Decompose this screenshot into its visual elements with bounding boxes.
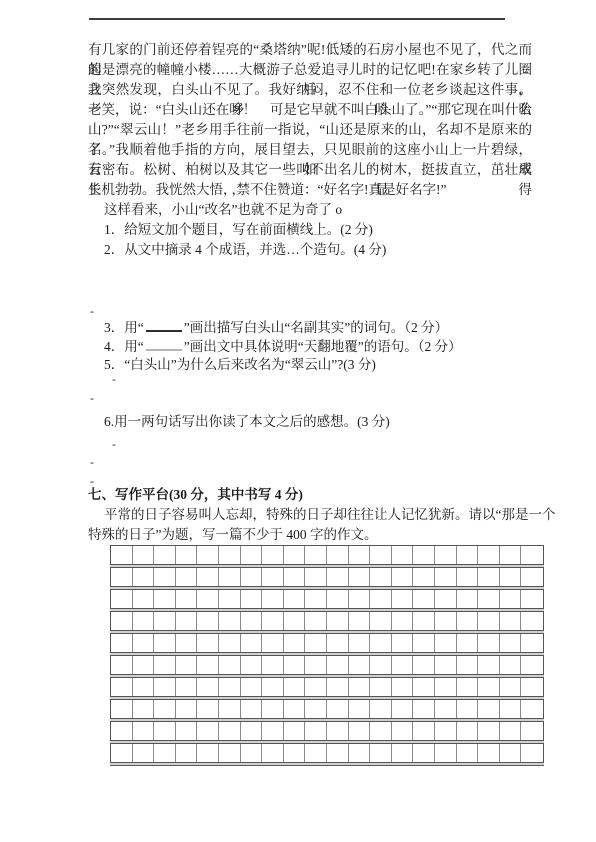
grid-cell — [284, 590, 306, 608]
grid-cell — [284, 634, 306, 652]
grid-cell — [176, 634, 198, 652]
grid-cell — [284, 744, 306, 762]
grid-cell — [327, 700, 349, 718]
question-2: 2．从文中摘录 4 个成语，并选…个造句。(4 分) — [104, 240, 386, 260]
grid-cell — [457, 590, 479, 608]
grid-cell — [500, 722, 522, 740]
grid-cell — [392, 612, 414, 630]
grid-cell — [349, 700, 371, 718]
grid-cell — [500, 700, 522, 718]
grid-cell — [197, 590, 219, 608]
grid-cell — [413, 634, 435, 652]
grid-cell — [478, 546, 500, 564]
grid-cell — [327, 568, 349, 586]
grid-cell — [154, 678, 176, 696]
grid-cell — [176, 744, 198, 762]
grid-cell — [284, 546, 306, 564]
grid-cell — [413, 722, 435, 740]
grid-cell — [154, 546, 176, 564]
grid-cell — [219, 634, 241, 652]
grid-cell — [305, 634, 327, 652]
grid-cell — [219, 722, 241, 740]
grid-cell — [327, 722, 349, 740]
answer-dash: - — [90, 454, 94, 470]
grid-cell — [457, 700, 479, 718]
grid-cell — [478, 634, 500, 652]
grid-cell — [284, 656, 306, 674]
grid-cell — [133, 678, 155, 696]
grid-cell — [327, 546, 349, 564]
grid-cell — [154, 656, 176, 674]
grid-cell — [327, 590, 349, 608]
grid-cell — [305, 678, 327, 696]
exam-paper-page: 有几家的门前还停着锃亮的“桑塔纳”呢!低矮的石房小屋也不见了，代之而起 的是漂亮… — [0, 0, 596, 842]
grid-cell — [176, 678, 198, 696]
question-4-prefix: 4．用“ — [104, 339, 144, 354]
grid-cell — [349, 678, 371, 696]
grid-cell — [197, 700, 219, 718]
grid-cell — [241, 612, 263, 630]
grid-cell — [349, 568, 371, 586]
grid-cell — [500, 568, 522, 586]
grid-cell — [457, 722, 479, 740]
grid-cell — [219, 568, 241, 586]
grid-row — [110, 699, 544, 719]
grid-cell — [305, 744, 327, 762]
grid-cell — [154, 722, 176, 740]
grid-cell — [349, 722, 371, 740]
grid-cell — [133, 634, 155, 652]
grid-cell — [262, 700, 284, 718]
grid-cell — [435, 612, 457, 630]
answer-dash: - — [112, 371, 116, 387]
writing-prompt-line: 平常的日子容易叫人忘却，特殊的日子却往往让人记忆犹新。请以“那是一个 — [104, 505, 556, 525]
grid-cell — [413, 612, 435, 630]
grid-cell — [284, 568, 306, 586]
question-6: 6.用一两句话写出你读了本文之后的感想。(3 分) — [104, 412, 390, 432]
grid-cell — [478, 612, 500, 630]
grid-cell — [111, 678, 133, 696]
grid-cell — [133, 722, 155, 740]
grid-cell — [349, 656, 371, 674]
grid-cell — [262, 678, 284, 696]
title-blank-line — [89, 18, 505, 20]
grid-cell — [111, 546, 133, 564]
grid-row — [110, 655, 544, 675]
grid-cell — [327, 634, 349, 652]
grid-cell — [392, 700, 414, 718]
grid-cell — [327, 612, 349, 630]
grid-cell — [176, 546, 198, 564]
grid-cell — [521, 656, 543, 674]
grid-cell — [133, 546, 155, 564]
grid-cell — [413, 700, 435, 718]
grid-cell — [197, 744, 219, 762]
grid-cell — [370, 634, 392, 652]
grid-cell — [370, 744, 392, 762]
grid-cell — [435, 656, 457, 674]
grid-cell — [370, 546, 392, 564]
grid-row — [110, 589, 544, 609]
grid-row — [110, 611, 544, 631]
grid-cell — [478, 744, 500, 762]
grid-cell — [241, 744, 263, 762]
grid-cell — [500, 744, 522, 762]
section-7-heading: 七、写作平台(30 分，其中书写 4 分) — [88, 485, 303, 505]
grid-cell — [435, 546, 457, 564]
grid-cell — [327, 678, 349, 696]
grid-cell — [197, 634, 219, 652]
writing-prompt-line: 特殊的日子”为题，写一篇不少于 400 字的作文。 — [88, 525, 378, 545]
grid-cell — [241, 634, 263, 652]
grid-cell — [521, 546, 543, 564]
grid-cell — [457, 744, 479, 762]
grid-cell — [241, 590, 263, 608]
grid-cell — [176, 590, 198, 608]
grid-cell — [305, 546, 327, 564]
passage-line: 一笑，说：“白头山还在呀！ 可是它早就不叫白头山了。”“那它现在叫什么 — [88, 100, 532, 120]
grid-cell — [435, 634, 457, 652]
grid-cell — [413, 590, 435, 608]
grid-cell — [305, 612, 327, 630]
grid-cell — [349, 744, 371, 762]
grid-cell — [457, 678, 479, 696]
grid-cell — [305, 568, 327, 586]
grid-cell — [457, 612, 479, 630]
grid-cell — [197, 656, 219, 674]
grid-cell — [392, 656, 414, 674]
grid-cell — [284, 722, 306, 740]
grid-cell — [478, 722, 500, 740]
grid-cell — [262, 546, 284, 564]
question-1: 1．给短文加个题目，写在前面横线上。(2 分) — [104, 220, 373, 240]
grid-cell — [176, 722, 198, 740]
passage-line: 生机勃勃。我恍然大悟，禁不住赞道：“好名字!真是好名字!” — [88, 180, 446, 200]
grid-cell — [435, 678, 457, 696]
grid-cell — [392, 590, 414, 608]
answer-dash: - — [90, 390, 94, 406]
grid-bottom-rule — [110, 765, 544, 766]
grid-cell — [457, 546, 479, 564]
grid-cell — [241, 546, 263, 564]
grid-cell — [500, 656, 522, 674]
grid-cell — [284, 612, 306, 630]
grid-cell — [111, 744, 133, 762]
question-3-suffix: ”画出描写白头山“名副其实”的词句。（2 分） — [184, 320, 448, 335]
grid-cell — [219, 744, 241, 762]
grid-cell — [176, 568, 198, 586]
question-4-suffix: ”画出文中具体说明“天翻地覆”的语句。（2 分） — [184, 339, 462, 354]
grid-cell — [521, 590, 543, 608]
grid-cell — [176, 612, 198, 630]
grid-cell — [197, 546, 219, 564]
grid-cell — [413, 656, 435, 674]
grid-row — [110, 633, 544, 653]
grid-cell — [500, 678, 522, 696]
grid-cell — [111, 590, 133, 608]
answer-dash: - — [90, 303, 94, 319]
grid-cell — [349, 634, 371, 652]
question-4-blank-line — [146, 338, 182, 351]
composition-grid — [110, 545, 544, 766]
grid-row — [110, 545, 544, 565]
grid-cell — [392, 568, 414, 586]
passage-closing-line: 这样看来，小山“改名”也就不足为奇了 o — [104, 200, 342, 220]
grid-cell — [111, 700, 133, 718]
grid-cell — [284, 700, 306, 718]
grid-cell — [478, 678, 500, 696]
grid-cell — [219, 546, 241, 564]
grid-cell — [478, 656, 500, 674]
grid-cell — [111, 634, 133, 652]
grid-cell — [219, 700, 241, 718]
grid-cell — [133, 612, 155, 630]
grid-cell — [197, 612, 219, 630]
grid-cell — [413, 744, 435, 762]
grid-cell — [521, 634, 543, 652]
grid-cell — [241, 678, 263, 696]
grid-cell — [133, 700, 155, 718]
grid-cell — [500, 634, 522, 652]
grid-cell — [133, 656, 155, 674]
grid-cell — [262, 568, 284, 586]
grid-cell — [370, 678, 392, 696]
grid-cell — [349, 546, 371, 564]
grid-cell — [478, 590, 500, 608]
grid-cell — [176, 700, 198, 718]
grid-cell — [370, 700, 392, 718]
grid-cell — [154, 590, 176, 608]
grid-cell — [133, 568, 155, 586]
grid-cell — [521, 722, 543, 740]
grid-cell — [435, 744, 457, 762]
grid-cell — [478, 700, 500, 718]
grid-row — [110, 677, 544, 697]
grid-cell — [176, 656, 198, 674]
grid-cell — [197, 722, 219, 740]
grid-row — [110, 567, 544, 587]
grid-cell — [392, 546, 414, 564]
grid-row — [110, 721, 544, 741]
grid-cell — [111, 722, 133, 740]
grid-cell — [219, 612, 241, 630]
grid-cell — [521, 678, 543, 696]
grid-cell — [392, 722, 414, 740]
grid-cell — [154, 568, 176, 586]
grid-cell — [521, 700, 543, 718]
grid-cell — [457, 634, 479, 652]
grid-cell — [327, 744, 349, 762]
grid-cell — [111, 656, 133, 674]
grid-cell — [154, 634, 176, 652]
grid-cell — [435, 568, 457, 586]
question-3: 3．用“”画出描写白头山“名副其实”的词句。（2 分） — [104, 318, 448, 338]
grid-cell — [219, 590, 241, 608]
grid-cell — [370, 590, 392, 608]
grid-cell — [262, 722, 284, 740]
grid-cell — [327, 656, 349, 674]
grid-cell — [219, 656, 241, 674]
grid-cell — [305, 656, 327, 674]
grid-cell — [284, 678, 306, 696]
question-4: 4．用“”画出文中具体说明“天翻地覆”的语句。（2 分） — [104, 337, 462, 357]
grid-cell — [370, 568, 392, 586]
answer-dash: - — [112, 436, 116, 452]
grid-cell — [241, 568, 263, 586]
grid-cell — [349, 590, 371, 608]
grid-cell — [262, 612, 284, 630]
question-3-prefix: 3．用“ — [104, 320, 144, 335]
grid-cell — [111, 568, 133, 586]
grid-cell — [521, 744, 543, 762]
grid-cell — [241, 700, 263, 718]
grid-cell — [500, 612, 522, 630]
grid-cell — [133, 744, 155, 762]
grid-cell — [392, 634, 414, 652]
grid-cell — [154, 700, 176, 718]
grid-cell — [241, 656, 263, 674]
grid-cell — [500, 590, 522, 608]
grid-cell — [370, 722, 392, 740]
grid-cell — [154, 612, 176, 630]
grid-cell — [262, 590, 284, 608]
grid-cell — [370, 612, 392, 630]
question-5: 5．“白头山”为什么后来改名为“翠云山”?(3 分) — [104, 355, 376, 375]
grid-cell — [435, 700, 457, 718]
grid-cell — [262, 656, 284, 674]
grid-cell — [521, 568, 543, 586]
grid-cell — [457, 656, 479, 674]
grid-cell — [154, 744, 176, 762]
grid-cell — [349, 612, 371, 630]
grid-cell — [370, 656, 392, 674]
grid-cell — [413, 546, 435, 564]
grid-cell — [197, 678, 219, 696]
grid-cell — [305, 590, 327, 608]
grid-cell — [305, 722, 327, 740]
grid-cell — [500, 546, 522, 564]
grid-cell — [413, 678, 435, 696]
grid-cell — [478, 568, 500, 586]
grid-cell — [435, 590, 457, 608]
grid-cell — [197, 568, 219, 586]
grid-cell — [457, 568, 479, 586]
grid-cell — [305, 700, 327, 718]
grid-cell — [133, 590, 155, 608]
grid-cell — [521, 612, 543, 630]
grid-cell — [435, 722, 457, 740]
grid-row — [110, 743, 544, 763]
grid-cell — [392, 678, 414, 696]
grid-cell — [219, 678, 241, 696]
grid-cell — [111, 612, 133, 630]
grid-cell — [262, 634, 284, 652]
grid-cell — [262, 744, 284, 762]
question-3-blank-line — [146, 319, 182, 332]
grid-cell — [241, 722, 263, 740]
grid-cell — [392, 744, 414, 762]
grid-cell — [413, 568, 435, 586]
